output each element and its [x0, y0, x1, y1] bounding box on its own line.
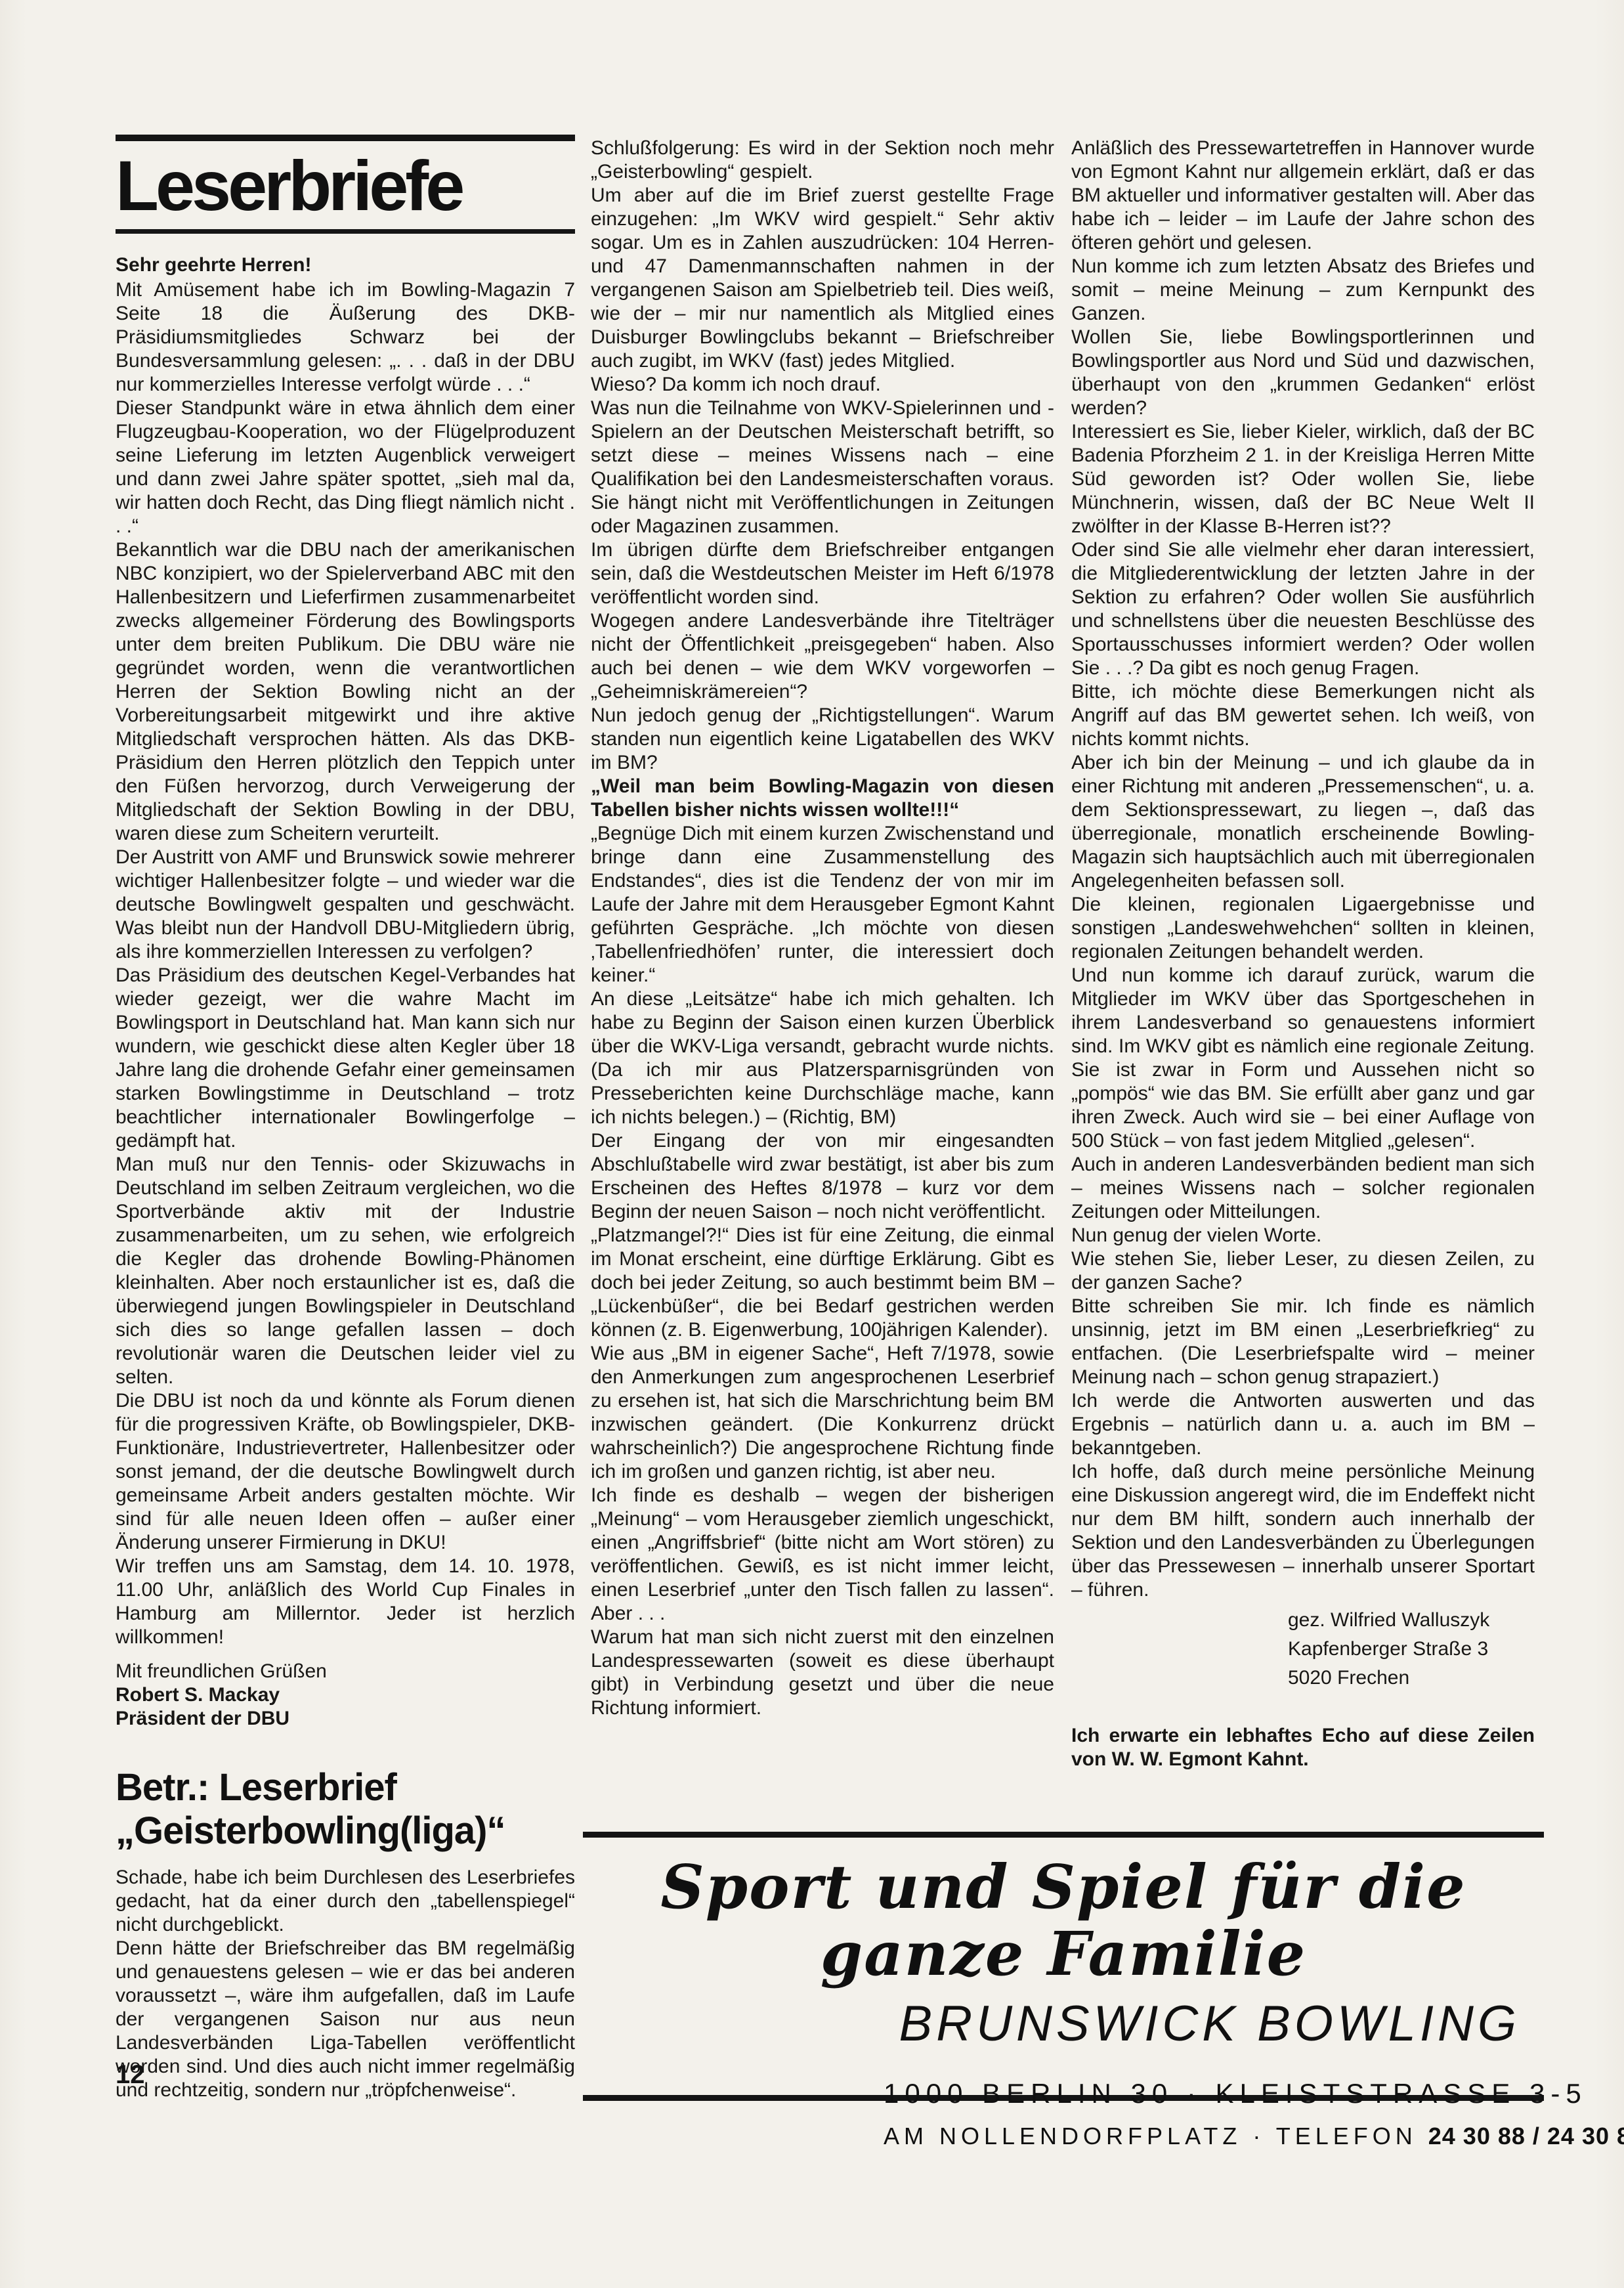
page-number: 12: [116, 2060, 145, 2090]
signature-line: Kapfenberger Straße 3: [1288, 1635, 1535, 1664]
letter-paragraph: Mit Amüsement habe ich im Bowling-Magazi…: [116, 278, 575, 397]
letter-paragraph: Bekanntlich war die DBU nach der amerika…: [116, 538, 575, 846]
letter-paragraph: Denn hätte der Briefschreiber das BM reg…: [116, 1937, 575, 2102]
letter-paragraph: Das Präsidium des deutschen Kegel-Verban…: [116, 964, 575, 1153]
signature-block: gez. Wilfried Walluszyk Kapfenberger Str…: [1288, 1606, 1535, 1693]
letter-paragraph: Wieso? Da komm ich noch drauf.: [591, 373, 1054, 397]
letter-paragraph: Schlußfolgerung: Es wird in der Sektion …: [591, 137, 1054, 184]
letter-closing: Mit freundlichen Grüßen: [116, 1660, 575, 1683]
letter-paragraph: An diese „Leitsätze“ habe ich mich gehal…: [591, 987, 1054, 1129]
ad-address-line2: AM NOLLENDORFPLATZ · TELEFON 24 30 88 / …: [583, 2123, 1544, 2150]
ad-brand: BRUNSWICK BOWLING: [583, 1997, 1544, 2052]
letter-paragraph: Im übrigen dürfte dem Briefschreiber ent…: [591, 538, 1054, 609]
letter-paragraph: Bitte, ich möchte diese Bemerkungen nich…: [1071, 680, 1535, 751]
column-3: Anläßlich des Pressewartetreffen in Hann…: [1071, 137, 1535, 1771]
letter-paragraph: Und nun komme ich darauf zurück, warum d…: [1071, 964, 1535, 1153]
letter-paragraph: Auch in anderen Landesverbänden bedient …: [1071, 1153, 1535, 1224]
letter-paragraph: Wie aus „BM in eigener Sache“, Heft 7/19…: [591, 1342, 1054, 1484]
letter-paragraph: Anläßlich des Pressewartetreffen in Hann…: [1071, 137, 1535, 255]
letter-paragraph: Wir treffen uns am Samstag, dem 14. 10. …: [116, 1555, 575, 1649]
letter-paragraph: „Platzmangel?!“ Dies ist für eine Zeitun…: [591, 1224, 1054, 1342]
ad-phone: 24 30 88 / 24 30 89: [1428, 2123, 1624, 2149]
letter-paragraph-emphasis: „Weil man beim Bowling-Magazin von diese…: [591, 775, 1054, 822]
letter-paragraph: Dieser Standpunkt wäre in etwa ähnlich d…: [116, 397, 575, 538]
letter-paragraph: Bitte schreiben Sie mir. Ich finde es nä…: [1071, 1295, 1535, 1389]
magazine-page: Leserbriefe Sehr geehrte Herren! Mit Amü…: [0, 0, 1624, 2288]
letter-paragraph: Um aber auf die im Brief zuerst gestellt…: [591, 184, 1054, 373]
letter2-heading-line2: „Geisterbowling(liga)“: [116, 1809, 505, 1852]
signature-line: 5020 Frechen: [1288, 1664, 1535, 1693]
letter2-heading: Betr.: Leserbrief„Geisterbowling(liga)“: [116, 1766, 575, 1853]
letter-signer-title: Präsident der DBU: [116, 1707, 575, 1731]
letter-paragraph: Der Eingang der von mir eingesandten Abs…: [591, 1129, 1054, 1224]
column-1: Leserbriefe Sehr geehrte Herren! Mit Amü…: [116, 135, 575, 2102]
letter-paragraph: Der Austritt von AMF und Brunswick sowie…: [116, 846, 575, 964]
letter-paragraph: Schade, habe ich beim Durchlesen des Les…: [116, 1866, 575, 1937]
closing-statement: Ich erwarte ein lebhaftes Echo auf diese…: [1071, 1724, 1535, 1771]
letter-paragraph: Ich finde es deshalb – wegen der bisheri…: [591, 1484, 1054, 1626]
letter-paragraph: Die DBU ist noch da und könnte als Forum…: [116, 1389, 575, 1555]
letter-paragraph: Warum hat man sich nicht zuerst mit den …: [591, 1626, 1054, 1720]
letter-paragraph: Oder sind Sie alle vielmehr eher daran i…: [1071, 538, 1535, 680]
letter-paragraph: Nun komme ich zum letzten Absatz des Bri…: [1071, 255, 1535, 326]
letter-salutation: Sehr geehrte Herren!: [116, 253, 575, 277]
headline-rule-top: [116, 135, 575, 141]
letter-paragraph: Was nun die Teilnahme von WKV-Spielerinn…: [591, 397, 1054, 538]
signature-line: gez. Wilfried Walluszyk: [1288, 1606, 1535, 1635]
letter-signer: Robert S. Mackay: [116, 1683, 575, 1707]
letter-paragraph: „Begnüge Dich mit einem kurzen Zwischens…: [591, 822, 1054, 987]
letter-paragraph: Wollen Sie, liebe Bowlingsportlerinnen u…: [1071, 326, 1535, 420]
headline-rule-bottom: [116, 229, 575, 234]
brunswick-ad: Sport und Spiel für die ganze Familie BR…: [583, 1832, 1544, 2101]
letter-paragraph: Die kleinen, regionalen Ligaergebnisse u…: [1071, 893, 1535, 964]
column-2: Schlußfolgerung: Es wird in der Sektion …: [591, 137, 1054, 1857]
page-title: Leserbriefe: [116, 152, 575, 220]
letter2-heading-line1: Betr.: Leserbrief: [116, 1766, 396, 1809]
ad-address-line1: 1000 BERLIN 30 · KLEISTSTRASSE 3-5: [583, 2078, 1544, 2109]
letter-paragraph: Ich hoffe, daß durch meine persönliche M…: [1071, 1460, 1535, 1602]
letter-paragraph: Wie stehen Sie, lieber Leser, zu diesen …: [1071, 1247, 1535, 1295]
letter-paragraph: Wogegen andere Landesverbände ihre Titel…: [591, 609, 1054, 704]
letter-paragraph: Nun jedoch genug der „Richtigstellungen“…: [591, 704, 1054, 775]
ad-tagline: Sport und Spiel für die ganze Familie: [583, 1853, 1544, 1987]
ad-address-line2-label: AM NOLLENDORFPLATZ · TELEFON: [884, 2123, 1428, 2149]
letter-paragraph: Ich werde die Antworten auswerten und da…: [1071, 1389, 1535, 1460]
letter-paragraph: Nun genug der vielen Worte.: [1071, 1224, 1535, 1247]
letter-paragraph: Man muß nur den Tennis- oder Skizuwachs …: [116, 1153, 575, 1389]
letter-paragraph: Aber ich bin der Meinung – und ich glaub…: [1071, 751, 1535, 893]
letter-paragraph: Interessiert es Sie, lieber Kieler, wirk…: [1071, 420, 1535, 538]
